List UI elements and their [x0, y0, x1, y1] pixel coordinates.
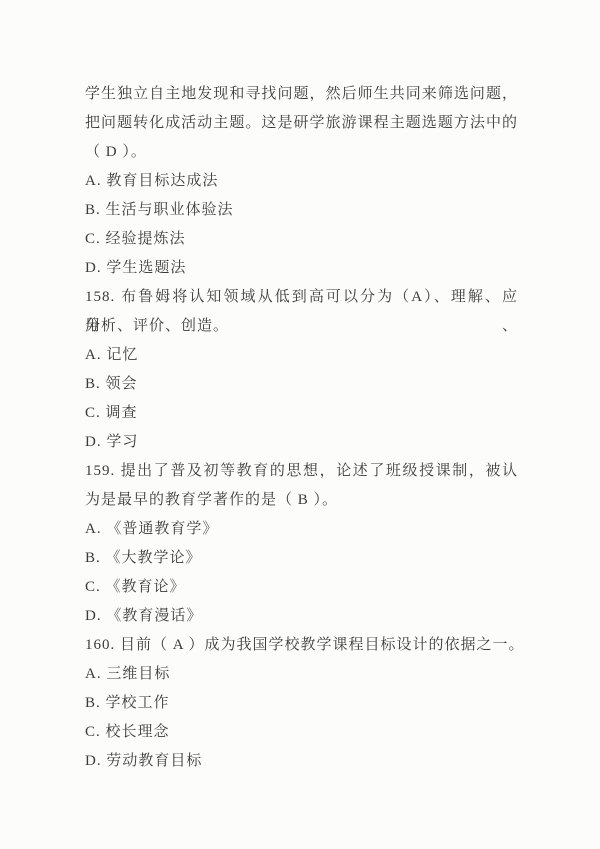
question-text-line: 160. 目前（ A ）成为我国学校教学课程目标设计的依据之一。 [85, 631, 518, 660]
option-line-d: D. 学生选题法 [85, 254, 518, 283]
option-line-c: C. 《教育论》 [85, 573, 518, 602]
option-line-a: A. 记忆 [85, 341, 518, 370]
question-text-line: 158. 布鲁姆将认知领域从低到高可以分为（A）、理解、应用、 [85, 283, 518, 312]
question-block-158: 158. 布鲁姆将认知领域从低到高可以分为（A）、理解、应用、 分析、评价、创造… [85, 283, 518, 457]
question-block-159: 159. 提出了普及初等教育的思想，论述了班级授课制，被认 为是最早的教育学著作… [85, 457, 518, 631]
option-line-d: D. 劳动教育目标 [85, 747, 518, 776]
question-text-line: 为是最早的教育学著作的是（ B ）。 [85, 486, 518, 515]
option-line-d: D. 《教育漫话》 [85, 602, 518, 631]
option-line-c: C. 调查 [85, 399, 518, 428]
option-line-c: C. 校长理念 [85, 718, 518, 747]
option-line-a: A. 三维目标 [85, 660, 518, 689]
text-column: 学生独立自主地发现和寻找问题，然后师生共同来筛选问题， 把问题转化成活动主题。这… [85, 80, 518, 776]
option-line-b: B. 学校工作 [85, 689, 518, 718]
option-line-b: B. 《大教学论》 [85, 544, 518, 573]
option-line-a: A. 教育目标达成法 [85, 167, 518, 196]
question-block-157-continuation: 学生独立自主地发现和寻找问题，然后师生共同来筛选问题， 把问题转化成活动主题。这… [85, 80, 518, 283]
question-text-line: 把问题转化成活动主题。这是研学旅游课程主题选题方法中的 [85, 109, 518, 138]
question-block-160: 160. 目前（ A ）成为我国学校教学课程目标设计的依据之一。 A. 三维目标… [85, 631, 518, 776]
document-page: 学生独立自主地发现和寻找问题，然后师生共同来筛选问题， 把问题转化成活动主题。这… [0, 0, 600, 849]
question-text-line: 学生独立自主地发现和寻找问题，然后师生共同来筛选问题， [85, 80, 518, 109]
option-line-b: B. 领会 [85, 370, 518, 399]
answer-line: （ D ）。 [85, 138, 518, 167]
option-line-d: D. 学习 [85, 428, 518, 457]
option-line-c: C. 经验提炼法 [85, 225, 518, 254]
option-line-b: B. 生活与职业体验法 [85, 196, 518, 225]
question-text-line: 159. 提出了普及初等教育的思想，论述了班级授课制，被认 [85, 457, 518, 486]
option-line-a: A. 《普通教育学》 [85, 515, 518, 544]
